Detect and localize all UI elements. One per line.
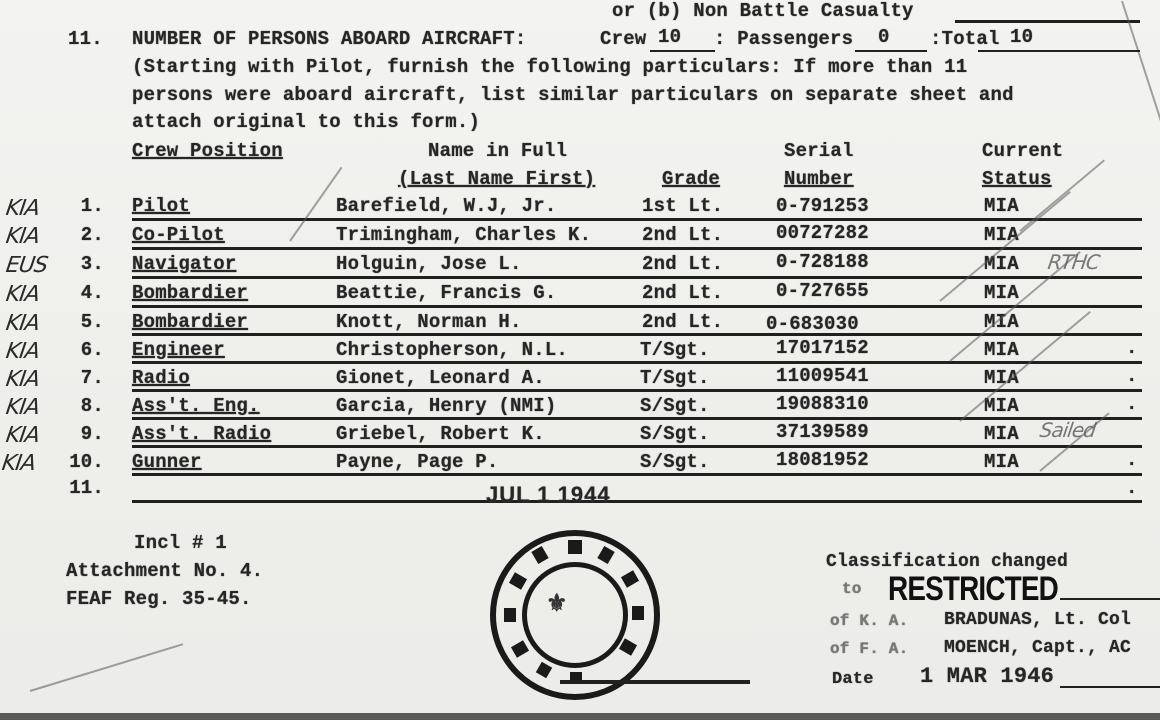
classification-to-label: to	[842, 580, 862, 598]
total-label: :Total	[930, 28, 1000, 50]
row-8-annotation: KIA	[4, 395, 40, 420]
row-10-status: MIA	[984, 451, 1019, 473]
row-2-number: 2.	[64, 224, 104, 246]
row-3-number: 3.	[64, 253, 104, 275]
row-6-end-dot: .	[1126, 337, 1138, 359]
row-8-end-dot: .	[1126, 393, 1138, 415]
row-5-rule	[132, 333, 1142, 336]
row-8-rule	[132, 417, 1142, 420]
row-7-grade: T/Sgt.	[640, 367, 710, 389]
row-8-grade: S/Sgt.	[640, 395, 710, 417]
row-2-rule	[132, 247, 1142, 250]
classification-date: 1 MAR 1946	[920, 664, 1054, 689]
header-crew-position: Crew Position	[132, 140, 283, 162]
row-3-annotation: EUS	[4, 253, 48, 278]
row-4-name: Beattie, Francis G.	[336, 282, 556, 304]
row-2-grade: 2nd Lt.	[642, 224, 723, 246]
instructions-line-1: (Starting with Pilot, furnish the follow…	[132, 56, 967, 78]
row-10-position: Gunner	[132, 451, 202, 473]
row-7-position: Radio	[132, 367, 190, 389]
row-1-status: MIA	[984, 195, 1019, 217]
section-title: NUMBER OF PERSONS ABOARD AIRCRAFT:	[132, 28, 526, 50]
header-serial-line2: Number	[784, 168, 854, 190]
section-number: 11.	[68, 28, 103, 50]
authority-1-initials: of K. A.	[830, 612, 908, 630]
row-11-rule	[132, 500, 1142, 503]
row-9-grade: S/Sgt.	[640, 423, 710, 445]
passengers-count-value: 0	[878, 26, 890, 48]
row-7-end-dot: .	[1126, 365, 1138, 387]
row-2-serial: 00727282	[776, 222, 869, 244]
total-count-value: 10	[1010, 26, 1033, 48]
row-4-number: 4.	[64, 282, 104, 304]
row-10-rule	[132, 473, 1142, 476]
row-1-serial: 0-791253	[776, 195, 869, 217]
authority-2-initials: of F. A.	[830, 640, 908, 658]
header-name-line1: Name in Full	[428, 140, 567, 162]
non-battle-casualty-line: or (b) Non Battle Casualty	[612, 0, 914, 22]
row-7-rule	[132, 389, 1142, 392]
classification-blank	[1060, 598, 1160, 600]
row-6-annotation: KIA	[4, 339, 40, 364]
row-4-rule	[132, 305, 1142, 308]
row-3-position: Navigator	[132, 253, 236, 275]
row-2-status: MIA	[984, 224, 1019, 246]
row-5-grade: 2nd Lt.	[642, 311, 723, 333]
instructions-line-3: attach original to this form.)	[132, 111, 480, 133]
row-7-name: Gionet, Leonard A.	[336, 367, 545, 389]
row-9-rule	[132, 445, 1142, 448]
received-date-stamp: JUL 1 1944	[486, 482, 611, 508]
row-10-number: 10.	[64, 451, 104, 473]
classification-date-label: Date	[832, 670, 874, 689]
header-status-line1: Current	[982, 140, 1063, 162]
pencil-scribble	[30, 643, 184, 692]
authority-1-name: BRADUNAS, Lt. Col	[944, 610, 1131, 630]
row-6-number: 6.	[64, 339, 104, 361]
crew-count-value: 10	[658, 26, 681, 48]
row-4-serial: 0-727655	[776, 280, 869, 302]
row-3-status: MIA	[984, 253, 1019, 275]
row-4-status: MIA	[984, 282, 1019, 304]
row-2-annotation: KIA	[4, 224, 40, 249]
row-3-serial: 0-728188	[776, 251, 869, 273]
header-grade: Grade	[662, 168, 720, 190]
row-11-end-dot: .	[1126, 477, 1138, 499]
row-6-name: Christopherson, N.L.	[336, 339, 568, 361]
row-8-number: 8.	[64, 395, 104, 417]
row-9-serial: 37139589	[776, 421, 869, 443]
row-9-annotation: KIA	[4, 423, 40, 448]
row-6-position: Engineer	[132, 339, 225, 361]
row-8-status: MIA	[984, 395, 1019, 417]
row-7-serial: 11009541	[776, 365, 869, 387]
row-11-number: 11.	[64, 477, 104, 499]
passengers-label: : Passengers	[714, 28, 853, 50]
row-1-annotation: KIA	[4, 196, 40, 221]
row-1-rule	[132, 218, 1142, 221]
row-5-name: Knott, Norman H.	[336, 311, 522, 333]
row-10-annotation: KIA	[0, 451, 36, 476]
pencil-mark	[959, 311, 1091, 422]
row-6-rule	[132, 361, 1142, 364]
scanned-document-page: or (b) Non Battle Casualty 11. NUMBER OF…	[0, 0, 1160, 720]
stamp-signature-stroke	[560, 680, 750, 684]
footer-inclosure: Incl # 1	[134, 532, 227, 554]
row-4-annotation: KIA	[4, 282, 40, 307]
total-count-underline	[978, 50, 1140, 52]
authority-2-name: MOENCH, Capt., AC	[944, 638, 1131, 658]
circular-seal-stamp: ⚜	[490, 530, 660, 700]
non-battle-casualty-blank	[955, 20, 1140, 23]
row-9-position: Ass't. Radio	[132, 423, 271, 445]
row-4-grade: 2nd Lt.	[642, 282, 723, 304]
row-3-name: Holguin, Jose L.	[336, 253, 522, 275]
row-1-name: Barefield, W.J, Jr.	[336, 195, 556, 217]
row-9-status: MIA	[984, 423, 1019, 445]
header-serial-line1: Serial	[784, 140, 854, 162]
row-3-rule	[132, 276, 1142, 279]
row-2-position: Co-Pilot	[132, 224, 225, 246]
row-10-grade: S/Sgt.	[640, 451, 710, 473]
row-1-position: Pilot	[132, 195, 190, 217]
row-7-annotation: KIA	[4, 367, 40, 392]
footer-attachment: Attachment No. 4.	[66, 560, 263, 582]
stamp-center-mark: ⚜	[546, 588, 568, 617]
row-8-name: Garcia, Henry (NMI)	[336, 395, 556, 417]
row-5-annotation: KIA	[4, 311, 40, 336]
row-6-serial: 17017152	[776, 337, 869, 359]
row-1-number: 1.	[64, 195, 104, 217]
footer-regulation: FEAF Reg. 35-45.	[66, 588, 252, 610]
row-2-name: Trimingham, Charles K.	[336, 224, 591, 246]
classification-changed-label: Classification changed	[826, 552, 1068, 572]
passengers-count-underline	[855, 50, 927, 52]
crew-count-underline	[650, 50, 715, 52]
row-8-position: Ass't. Eng.	[132, 395, 260, 417]
row-7-number: 7.	[64, 367, 104, 389]
row-1-grade: 1st Lt.	[642, 195, 723, 217]
row-6-grade: T/Sgt.	[640, 339, 710, 361]
margin-pencil-stroke	[1121, 1, 1160, 144]
row-10-serial: 18081952	[776, 449, 869, 471]
row-9-number: 9.	[64, 423, 104, 445]
row-10-name: Payne, Page P.	[336, 451, 498, 473]
row-3-grade: 2nd Lt.	[642, 253, 723, 275]
restricted-stamp: RESTRICTED	[888, 570, 1058, 609]
crew-label: Crew	[600, 28, 646, 50]
header-status-line2: Status	[982, 168, 1052, 190]
row-8-serial: 19088310	[776, 393, 869, 415]
pencil-mark	[289, 167, 342, 242]
instructions-line-2: persons were aboard aircraft, list simil…	[132, 84, 1014, 106]
row-10-end-dot: .	[1126, 449, 1138, 471]
header-name-line2: (Last Name First)	[398, 168, 595, 190]
row-4-position: Bombardier	[132, 282, 248, 304]
row-6-status: MIA	[984, 339, 1019, 361]
row-5-number: 5.	[64, 311, 104, 333]
scan-bottom-edge	[0, 713, 1160, 720]
row-9-name: Griebel, Robert K.	[336, 423, 545, 445]
classification-date-line	[1060, 686, 1160, 688]
row-5-position: Bombardier	[132, 311, 248, 333]
stamp-inner-ring	[522, 562, 628, 668]
row-5-serial: 0-683030	[766, 313, 859, 335]
row-5-status: MIA	[984, 311, 1019, 333]
